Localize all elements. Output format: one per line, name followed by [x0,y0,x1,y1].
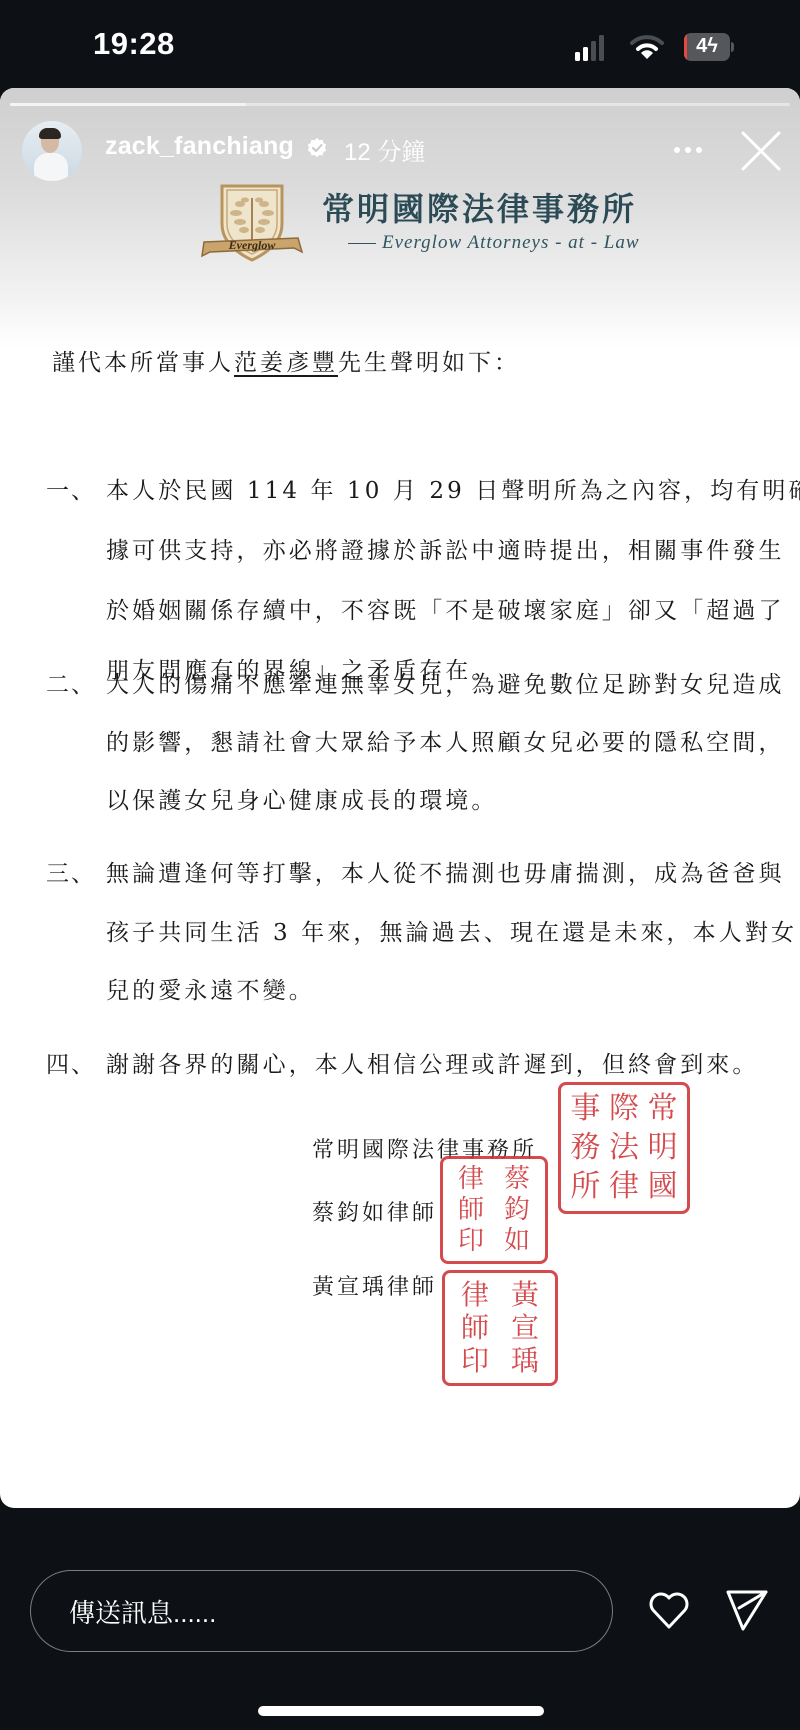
status-time: 19:28 [93,26,175,62]
story-progress-fill [10,103,246,106]
story-timestamp: 12 分鐘 [344,132,425,167]
story-progress-bar [10,103,790,106]
signature-lawyer-2: 黃宣瑀律師 [312,1270,437,1301]
username-link[interactable]: zack_fanchiang [105,132,294,161]
close-icon[interactable] [740,130,782,172]
firm-crest-logo: Everglow [200,180,304,268]
svg-text:Everglow: Everglow [228,238,277,252]
wifi-icon [630,34,664,60]
avatar[interactable] [22,121,82,181]
story-header: zack_fanchiang 12 分鐘 [0,118,800,182]
cellular-signal-icon [575,35,605,61]
verified-badge-icon [307,138,327,158]
client-name: 范姜彥豐 [234,350,338,376]
statement-intro: 謹代本所當事人范姜彥豐先生聲明如下： [52,344,520,377]
status-bar: 19:28 4ϟ [0,0,800,88]
statement-document: Everglow 常明國際法律事務所 Everglow Attorneys - … [0,88,800,1508]
firm-name-en: Everglow Attorneys - at - Law [348,232,640,254]
message-placeholder: 傳送訊息...... [69,1593,216,1630]
heart-icon[interactable] [647,1589,691,1631]
letterhead: Everglow 常明國際法律事務所 Everglow Attorneys - … [200,180,640,270]
firm-name-zh: 常明國際法律事務所 [322,184,637,230]
battery-charging-icon: 4ϟ [684,33,736,61]
lawyer-1-seal: 蔡 鈞 如 律 師 印 [440,1156,548,1264]
story-viewer[interactable]: Everglow 常明國際法律事務所 Everglow Attorneys - … [0,88,800,1508]
signature-lawyer-1: 蔡鈞如律師 [312,1196,437,1227]
more-options-button[interactable] [670,138,706,162]
send-message-input[interactable]: 傳送訊息...... [30,1570,613,1652]
firm-seal: 常 明 國 際 法 律 事 務 所 [558,1082,690,1214]
send-icon[interactable] [725,1589,769,1631]
ellipsis-icon [674,147,680,153]
lawyer-2-seal: 黃 宣 瑀 律 師 印 [442,1270,558,1386]
battery-level: 4ϟ [684,35,730,58]
home-indicator[interactable] [258,1706,544,1716]
